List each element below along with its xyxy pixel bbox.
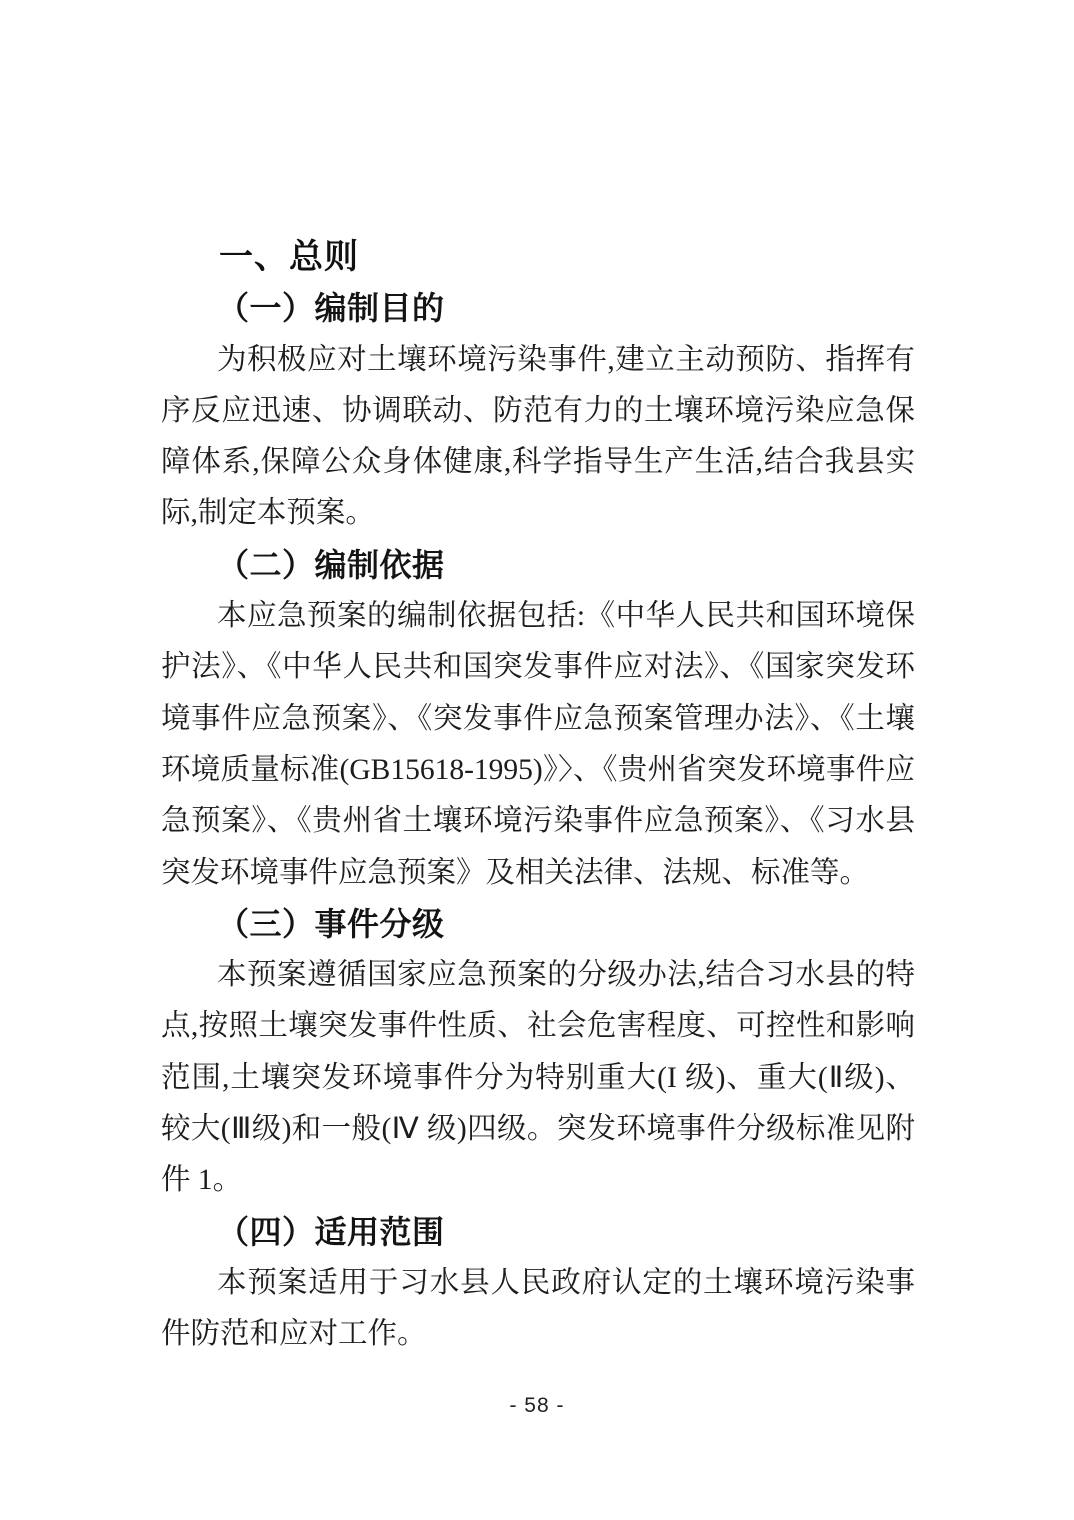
document-page: 一、总则 （一）编制目的 为积极应对土壤环境污染事件,建立主动预防、指挥有序反应… <box>0 0 1074 1520</box>
section-purpose-paragraph: 为积极应对土壤环境污染事件,建立主动预防、指挥有序反应迅速、协调联动、防范有力的… <box>161 335 915 540</box>
section-scope: （四）适用范围 本预案适用于习水县人民政府认定的土壤环境污染事件防范和应对工作。 <box>161 1207 915 1361</box>
chapter-title: 一、总则 <box>161 232 915 283</box>
section-basis-heading: （二）编制依据 <box>161 540 915 591</box>
section-basis: （二）编制依据 本应急预案的编制依据包括:《中华人民共和国环境保护法》、《中华人… <box>161 540 915 899</box>
section-scope-paragraph: 本预案适用于习水县人民政府认定的土壤环境污染事件防范和应对工作。 <box>161 1258 915 1361</box>
page-number: - 58 - <box>0 1394 1074 1418</box>
document-content: 一、总则 （一）编制目的 为积极应对土壤环境污染事件,建立主动预防、指挥有序反应… <box>161 232 915 1361</box>
section-event-grading-paragraph: 本预案遵循国家应急预案的分级办法,结合习水县的特点,按照土壤突发事件性质、社会危… <box>161 950 915 1206</box>
section-event-grading-heading: （三）事件分级 <box>161 899 915 950</box>
section-basis-paragraph: 本应急预案的编制依据包括:《中华人民共和国环境保护法》、《中华人民共和国突发事件… <box>161 591 915 899</box>
section-purpose-heading: （一）编制目的 <box>161 283 915 334</box>
section-purpose: （一）编制目的 为积极应对土壤环境污染事件,建立主动预防、指挥有序反应迅速、协调… <box>161 283 915 539</box>
section-event-grading: （三）事件分级 本预案遵循国家应急预案的分级办法,结合习水县的特点,按照土壤突发… <box>161 899 915 1207</box>
section-scope-heading: （四）适用范围 <box>161 1207 915 1258</box>
